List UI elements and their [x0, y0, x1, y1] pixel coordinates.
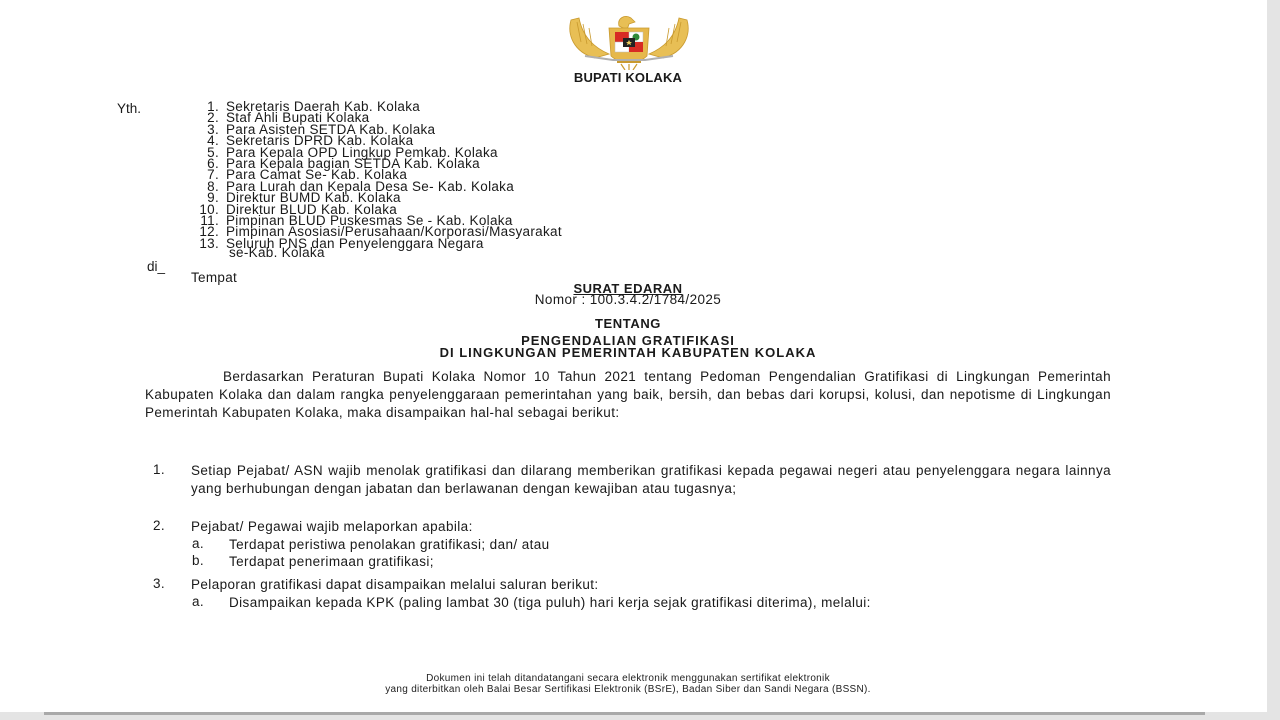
point-text: Pejabat/ Pegawai wajib melaporkan apabil…: [191, 518, 1111, 536]
recipient-continuation: se-Kab. Kolaka: [229, 247, 325, 258]
subpoint-letter: a.: [192, 594, 204, 609]
document-page: BUPATI KOLAKA Yth. 1.Sekretaris Daerah K…: [0, 0, 1267, 712]
subpoint-text: Terdapat peristiwa penolakan gratifikasi…: [229, 536, 1111, 554]
horizontal-scrollbar-thumb[interactable]: [44, 712, 1205, 715]
e-signature-line-2: yang diterbitkan oleh Balai Besar Sertif…: [0, 685, 1256, 696]
vertical-scrollbar[interactable]: [1267, 0, 1280, 720]
about-label: TENTANG: [0, 316, 1256, 331]
subpoint-letter: b.: [192, 553, 204, 568]
subpoint-text: Terdapat penerimaan gratifikasi;: [229, 553, 1111, 571]
issuer-heading: BUPATI KOLAKA: [0, 70, 1256, 85]
subpoint-letter: a.: [192, 536, 204, 551]
document-number: Nomor : 100.3.4.2/1784/2025: [0, 292, 1256, 307]
horizontal-scrollbar[interactable]: [0, 712, 1267, 720]
recipient-number: 13.: [193, 238, 219, 249]
point-text: Setiap Pejabat/ ASN wajib menolak gratif…: [191, 462, 1111, 498]
e-signature-line-1: Dokumen ini telah ditandatangani secara …: [0, 674, 1256, 685]
garuda-emblem-icon: [565, 12, 693, 70]
point-number: 1.: [153, 462, 165, 477]
salutation: Yth.: [117, 101, 141, 116]
point-text: Pelaporan gratifikasi dapat disampaikan …: [191, 576, 1111, 594]
di-label: di_: [147, 259, 165, 274]
point-number: 2.: [153, 518, 165, 533]
intro-paragraph: Berdasarkan Peraturan Bupati Kolaka Nomo…: [145, 368, 1111, 423]
subject-line-2: DI LINGKUNGAN PEMERINTAH KABUPATEN KOLAK…: [0, 345, 1256, 360]
point-number: 3.: [153, 576, 165, 591]
e-signature-notice: Dokumen ini telah ditandatangani secara …: [0, 674, 1256, 695]
subpoint-text: Disampaikan kepada KPK (paling lambat 30…: [229, 594, 1111, 612]
